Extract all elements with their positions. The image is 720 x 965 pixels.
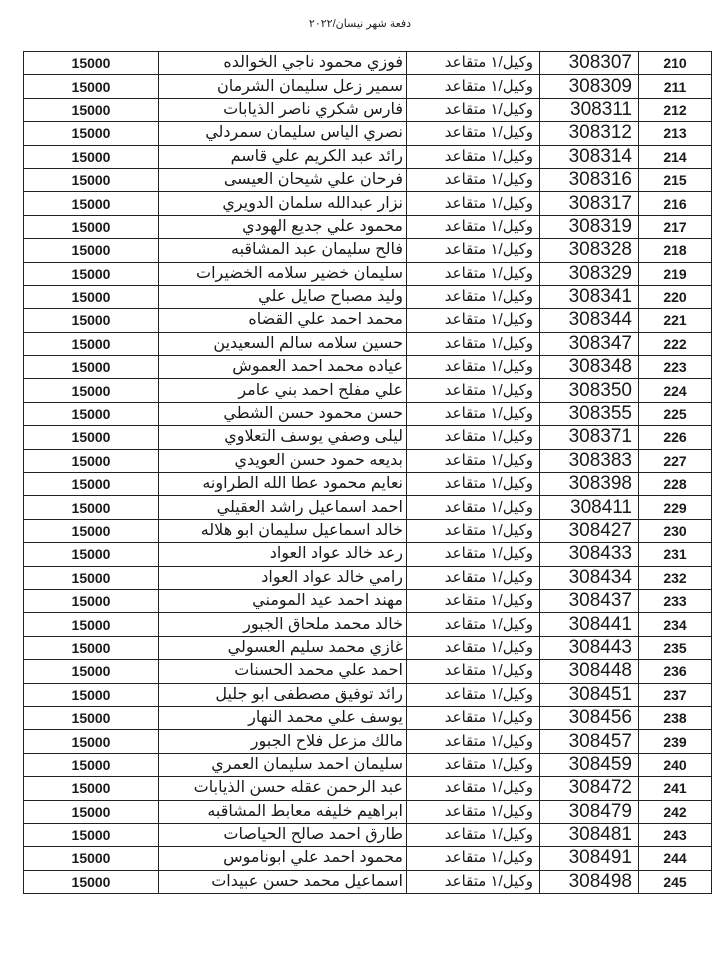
table-row: 15000 اسماعيل محمد حسن عبيدات وكيل/١ متق… xyxy=(24,870,712,893)
military-id-cell: 308456 xyxy=(540,706,639,729)
name-cell: طارق احمد صالح الحياصات xyxy=(159,823,407,846)
name-cell: محمد احمد علي القضاه xyxy=(159,309,407,332)
rank-cell: وكيل/١ متقاعد xyxy=(407,356,540,379)
sequence-cell: 210 xyxy=(639,52,712,75)
rank-cell: وكيل/١ متقاعد xyxy=(407,753,540,776)
amount-cell: 15000 xyxy=(24,426,159,449)
amount-cell: 15000 xyxy=(24,589,159,612)
military-id-cell: 308433 xyxy=(540,543,639,566)
table-row: 15000 نزار عبدالله سلمان الدويري وكيل/١ … xyxy=(24,192,712,215)
military-id-cell: 308355 xyxy=(540,402,639,425)
sequence-cell: 239 xyxy=(639,730,712,753)
table-row: 15000 سمير زعل سليمان الشرمان وكيل/١ متق… xyxy=(24,75,712,98)
table-row: 15000 بديعه حمود حسن العويدي وكيل/١ متقا… xyxy=(24,449,712,472)
sequence-cell: 217 xyxy=(639,215,712,238)
table-row: 15000 خالد اسماعيل سليمان ابو هلاله وكيل… xyxy=(24,519,712,542)
military-id-cell: 308451 xyxy=(540,683,639,706)
amount-cell: 15000 xyxy=(24,543,159,566)
amount-cell: 15000 xyxy=(24,870,159,893)
table-row: 15000 عبد الرحمن عقله حسن الذيابات وكيل/… xyxy=(24,777,712,800)
rank-cell: وكيل/١ متقاعد xyxy=(407,730,540,753)
name-cell: حسين سلامه سالم السعيدين xyxy=(159,332,407,355)
table-row: 15000 نعايم محمود عطا الله الطراونه وكيل… xyxy=(24,473,712,496)
rank-cell: وكيل/١ متقاعد xyxy=(407,122,540,145)
military-id-cell: 308383 xyxy=(540,449,639,472)
military-id-cell: 308441 xyxy=(540,613,639,636)
table-row: 15000 حسين سلامه سالم السعيدين وكيل/١ مت… xyxy=(24,332,712,355)
rank-cell: وكيل/١ متقاعد xyxy=(407,402,540,425)
name-cell: محمود علي جديع الهودي xyxy=(159,215,407,238)
sequence-cell: 221 xyxy=(639,309,712,332)
military-id-cell: 308314 xyxy=(540,145,639,168)
sequence-cell: 245 xyxy=(639,870,712,893)
table-row: 15000 سليمان احمد سليمان العمري وكيل/١ م… xyxy=(24,753,712,776)
rank-cell: وكيل/١ متقاعد xyxy=(407,636,540,659)
name-cell: سليمان احمد سليمان العمري xyxy=(159,753,407,776)
rank-cell: وكيل/١ متقاعد xyxy=(407,800,540,823)
table-row: 15000 حسن محمود حسن الشطي وكيل/١ متقاعد … xyxy=(24,402,712,425)
name-cell: رعد خالد عواد العواد xyxy=(159,543,407,566)
amount-cell: 15000 xyxy=(24,52,159,75)
amount-cell: 15000 xyxy=(24,449,159,472)
amount-cell: 15000 xyxy=(24,683,159,706)
military-id-cell: 308481 xyxy=(540,823,639,846)
military-id-cell: 308307 xyxy=(540,52,639,75)
name-cell: فالح سليمان عبد المشاقبه xyxy=(159,239,407,262)
amount-cell: 15000 xyxy=(24,496,159,519)
table-row: 15000 مهند احمد عيد المومني وكيل/١ متقاع… xyxy=(24,589,712,612)
name-cell: ابراهيم خليفه معابط المشاقبه xyxy=(159,800,407,823)
sequence-cell: 228 xyxy=(639,473,712,496)
amount-cell: 15000 xyxy=(24,192,159,215)
military-id-cell: 308472 xyxy=(540,777,639,800)
sequence-cell: 237 xyxy=(639,683,712,706)
military-id-cell: 308437 xyxy=(540,589,639,612)
table-row: 15000 رائد توفيق مصطفى ابو جليل وكيل/١ م… xyxy=(24,683,712,706)
name-cell: احمد اسماعيل راشد العقيلي xyxy=(159,496,407,519)
sequence-cell: 214 xyxy=(639,145,712,168)
rank-cell: وكيل/١ متقاعد xyxy=(407,543,540,566)
military-id-cell: 308328 xyxy=(540,239,639,262)
rank-cell: وكيل/١ متقاعد xyxy=(407,379,540,402)
military-id-cell: 308316 xyxy=(540,168,639,191)
military-id-cell: 308348 xyxy=(540,356,639,379)
amount-cell: 15000 xyxy=(24,98,159,121)
amount-cell: 15000 xyxy=(24,706,159,729)
name-cell: علي مفلح احمد بني عامر xyxy=(159,379,407,402)
document-title: دفعة شهر نيسان/٢٠٢٢ xyxy=(0,17,720,30)
rank-cell: وكيل/١ متقاعد xyxy=(407,309,540,332)
rank-cell: وكيل/١ متقاعد xyxy=(407,589,540,612)
amount-cell: 15000 xyxy=(24,262,159,285)
amount-cell: 15000 xyxy=(24,379,159,402)
military-id-cell: 308459 xyxy=(540,753,639,776)
military-id-cell: 308344 xyxy=(540,309,639,332)
sequence-cell: 244 xyxy=(639,847,712,870)
amount-cell: 15000 xyxy=(24,473,159,496)
name-cell: عياده محمد احمد العموش xyxy=(159,356,407,379)
military-id-cell: 308443 xyxy=(540,636,639,659)
table-row: 15000 رعد خالد عواد العواد وكيل/١ متقاعد… xyxy=(24,543,712,566)
rank-cell: وكيل/١ متقاعد xyxy=(407,215,540,238)
name-cell: سمير زعل سليمان الشرمان xyxy=(159,75,407,98)
amount-cell: 15000 xyxy=(24,285,159,308)
rank-cell: وكيل/١ متقاعد xyxy=(407,823,540,846)
sequence-cell: 236 xyxy=(639,660,712,683)
military-id-cell: 308347 xyxy=(540,332,639,355)
sequence-cell: 233 xyxy=(639,589,712,612)
rank-cell: وكيل/١ متقاعد xyxy=(407,683,540,706)
sequence-cell: 230 xyxy=(639,519,712,542)
name-cell: حسن محمود حسن الشطي xyxy=(159,402,407,425)
table-row: 15000 رامي خالد عواد العواد وكيل/١ متقاع… xyxy=(24,566,712,589)
rank-cell: وكيل/١ متقاعد xyxy=(407,660,540,683)
name-cell: نعايم محمود عطا الله الطراونه xyxy=(159,473,407,496)
payment-roster-table: 15000 فوزي محمود ناجي الخوالده وكيل/١ مت… xyxy=(23,51,712,894)
name-cell: ليلى وصفي يوسف التعلاوي xyxy=(159,426,407,449)
roster-body: 15000 فوزي محمود ناجي الخوالده وكيل/١ مت… xyxy=(24,52,712,894)
rank-cell: وكيل/١ متقاعد xyxy=(407,52,540,75)
rank-cell: وكيل/١ متقاعد xyxy=(407,98,540,121)
amount-cell: 15000 xyxy=(24,777,159,800)
sequence-cell: 215 xyxy=(639,168,712,191)
amount-cell: 15000 xyxy=(24,566,159,589)
amount-cell: 15000 xyxy=(24,847,159,870)
sequence-cell: 226 xyxy=(639,426,712,449)
name-cell: رائد توفيق مصطفى ابو جليل xyxy=(159,683,407,706)
name-cell: فرحان علي شيحان العيسى xyxy=(159,168,407,191)
sequence-cell: 235 xyxy=(639,636,712,659)
military-id-cell: 308457 xyxy=(540,730,639,753)
name-cell: فارس شكري ناصر الذيابات xyxy=(159,98,407,121)
rank-cell: وكيل/١ متقاعد xyxy=(407,473,540,496)
rank-cell: وكيل/١ متقاعد xyxy=(407,847,540,870)
sequence-cell: 229 xyxy=(639,496,712,519)
sequence-cell: 216 xyxy=(639,192,712,215)
table-row: 15000 محمود علي جديع الهودي وكيل/١ متقاع… xyxy=(24,215,712,238)
military-id-cell: 308350 xyxy=(540,379,639,402)
sequence-cell: 243 xyxy=(639,823,712,846)
rank-cell: وكيل/١ متقاعد xyxy=(407,168,540,191)
name-cell: احمد علي محمد الحسنات xyxy=(159,660,407,683)
table-row: 15000 احمد علي محمد الحسنات وكيل/١ متقاع… xyxy=(24,660,712,683)
amount-cell: 15000 xyxy=(24,168,159,191)
table-row: 15000 وليد مصباح صايل علي وكيل/١ متقاعد … xyxy=(24,285,712,308)
military-id-cell: 308448 xyxy=(540,660,639,683)
table-row: 15000 محمد احمد علي القضاه وكيل/١ متقاعد… xyxy=(24,309,712,332)
rank-cell: وكيل/١ متقاعد xyxy=(407,239,540,262)
table-row: 15000 عياده محمد احمد العموش وكيل/١ متقا… xyxy=(24,356,712,379)
sequence-cell: 220 xyxy=(639,285,712,308)
sequence-cell: 241 xyxy=(639,777,712,800)
military-id-cell: 308341 xyxy=(540,285,639,308)
rank-cell: وكيل/١ متقاعد xyxy=(407,519,540,542)
amount-cell: 15000 xyxy=(24,800,159,823)
sequence-cell: 213 xyxy=(639,122,712,145)
amount-cell: 15000 xyxy=(24,660,159,683)
amount-cell: 15000 xyxy=(24,402,159,425)
name-cell: بديعه حمود حسن العويدي xyxy=(159,449,407,472)
sequence-cell: 223 xyxy=(639,356,712,379)
military-id-cell: 308319 xyxy=(540,215,639,238)
name-cell: يوسف علي محمد النهار xyxy=(159,706,407,729)
sequence-cell: 232 xyxy=(639,566,712,589)
table-row: 15000 احمد اسماعيل راشد العقيلي وكيل/١ م… xyxy=(24,496,712,519)
rank-cell: وكيل/١ متقاعد xyxy=(407,496,540,519)
sequence-cell: 225 xyxy=(639,402,712,425)
rank-cell: وكيل/١ متقاعد xyxy=(407,145,540,168)
amount-cell: 15000 xyxy=(24,613,159,636)
rank-cell: وكيل/١ متقاعد xyxy=(407,192,540,215)
military-id-cell: 308371 xyxy=(540,426,639,449)
rank-cell: وكيل/١ متقاعد xyxy=(407,613,540,636)
rank-cell: وكيل/١ متقاعد xyxy=(407,777,540,800)
rank-cell: وكيل/١ متقاعد xyxy=(407,285,540,308)
name-cell: محمود احمد علي ابوناموس xyxy=(159,847,407,870)
amount-cell: 15000 xyxy=(24,239,159,262)
table-row: 15000 فرحان علي شيحان العيسى وكيل/١ متقا… xyxy=(24,168,712,191)
table-row: 15000 رائد عبد الكريم علي قاسم وكيل/١ مت… xyxy=(24,145,712,168)
sequence-cell: 222 xyxy=(639,332,712,355)
sequence-cell: 218 xyxy=(639,239,712,262)
sequence-cell: 242 xyxy=(639,800,712,823)
military-id-cell: 308434 xyxy=(540,566,639,589)
amount-cell: 15000 xyxy=(24,75,159,98)
table-row: 15000 ابراهيم خليفه معابط المشاقبه وكيل/… xyxy=(24,800,712,823)
table-row: 15000 نصري الياس سليمان سمردلي وكيل/١ مت… xyxy=(24,122,712,145)
military-id-cell: 308311 xyxy=(540,98,639,121)
amount-cell: 15000 xyxy=(24,823,159,846)
name-cell: وليد مصباح صايل علي xyxy=(159,285,407,308)
sequence-cell: 227 xyxy=(639,449,712,472)
name-cell: خالد اسماعيل سليمان ابو هلاله xyxy=(159,519,407,542)
amount-cell: 15000 xyxy=(24,215,159,238)
rank-cell: وكيل/١ متقاعد xyxy=(407,870,540,893)
name-cell: نزار عبدالله سلمان الدويري xyxy=(159,192,407,215)
amount-cell: 15000 xyxy=(24,730,159,753)
table-row: 15000 غازي محمد سليم العسولي وكيل/١ متقا… xyxy=(24,636,712,659)
amount-cell: 15000 xyxy=(24,636,159,659)
name-cell: خالد محمد ملحاق الجبور xyxy=(159,613,407,636)
table-row: 15000 يوسف علي محمد النهار وكيل/١ متقاعد… xyxy=(24,706,712,729)
rank-cell: وكيل/١ متقاعد xyxy=(407,332,540,355)
table-row: 15000 علي مفلح احمد بني عامر وكيل/١ متقا… xyxy=(24,379,712,402)
name-cell: نصري الياس سليمان سمردلي xyxy=(159,122,407,145)
table-row: 15000 سليمان خضير سلامه الخضيرات وكيل/١ … xyxy=(24,262,712,285)
military-id-cell: 308479 xyxy=(540,800,639,823)
military-id-cell: 308329 xyxy=(540,262,639,285)
military-id-cell: 308398 xyxy=(540,473,639,496)
amount-cell: 15000 xyxy=(24,122,159,145)
rank-cell: وكيل/١ متقاعد xyxy=(407,262,540,285)
amount-cell: 15000 xyxy=(24,309,159,332)
rank-cell: وكيل/١ متقاعد xyxy=(407,566,540,589)
table-row: 15000 ليلى وصفي يوسف التعلاوي وكيل/١ متق… xyxy=(24,426,712,449)
military-id-cell: 308491 xyxy=(540,847,639,870)
rank-cell: وكيل/١ متقاعد xyxy=(407,426,540,449)
sequence-cell: 238 xyxy=(639,706,712,729)
rank-cell: وكيل/١ متقاعد xyxy=(407,706,540,729)
sequence-cell: 219 xyxy=(639,262,712,285)
name-cell: غازي محمد سليم العسولي xyxy=(159,636,407,659)
amount-cell: 15000 xyxy=(24,356,159,379)
table-row: 15000 مالك مزعل فلاح الجبور وكيل/١ متقاع… xyxy=(24,730,712,753)
name-cell: مهند احمد عيد المومني xyxy=(159,589,407,612)
name-cell: رائد عبد الكريم علي قاسم xyxy=(159,145,407,168)
sequence-cell: 231 xyxy=(639,543,712,566)
name-cell: عبد الرحمن عقله حسن الذيابات xyxy=(159,777,407,800)
name-cell: سليمان خضير سلامه الخضيرات xyxy=(159,262,407,285)
table-row: 15000 فالح سليمان عبد المشاقبه وكيل/١ مت… xyxy=(24,239,712,262)
military-id-cell: 308312 xyxy=(540,122,639,145)
table-row: 15000 طارق احمد صالح الحياصات وكيل/١ متق… xyxy=(24,823,712,846)
table-row: 15000 فارس شكري ناصر الذيابات وكيل/١ متق… xyxy=(24,98,712,121)
table-row: 15000 محمود احمد علي ابوناموس وكيل/١ متق… xyxy=(24,847,712,870)
military-id-cell: 308309 xyxy=(540,75,639,98)
sequence-cell: 211 xyxy=(639,75,712,98)
amount-cell: 15000 xyxy=(24,753,159,776)
sequence-cell: 240 xyxy=(639,753,712,776)
table-row: 15000 فوزي محمود ناجي الخوالده وكيل/١ مت… xyxy=(24,52,712,75)
military-id-cell: 308411 xyxy=(540,496,639,519)
rank-cell: وكيل/١ متقاعد xyxy=(407,449,540,472)
name-cell: فوزي محمود ناجي الخوالده xyxy=(159,52,407,75)
military-id-cell: 308427 xyxy=(540,519,639,542)
rank-cell: وكيل/١ متقاعد xyxy=(407,75,540,98)
name-cell: اسماعيل محمد حسن عبيدات xyxy=(159,870,407,893)
amount-cell: 15000 xyxy=(24,145,159,168)
sequence-cell: 224 xyxy=(639,379,712,402)
table-row: 15000 خالد محمد ملحاق الجبور وكيل/١ متقا… xyxy=(24,613,712,636)
sequence-cell: 234 xyxy=(639,613,712,636)
amount-cell: 15000 xyxy=(24,332,159,355)
name-cell: مالك مزعل فلاح الجبور xyxy=(159,730,407,753)
name-cell: رامي خالد عواد العواد xyxy=(159,566,407,589)
sequence-cell: 212 xyxy=(639,98,712,121)
military-id-cell: 308317 xyxy=(540,192,639,215)
amount-cell: 15000 xyxy=(24,519,159,542)
military-id-cell: 308498 xyxy=(540,870,639,893)
